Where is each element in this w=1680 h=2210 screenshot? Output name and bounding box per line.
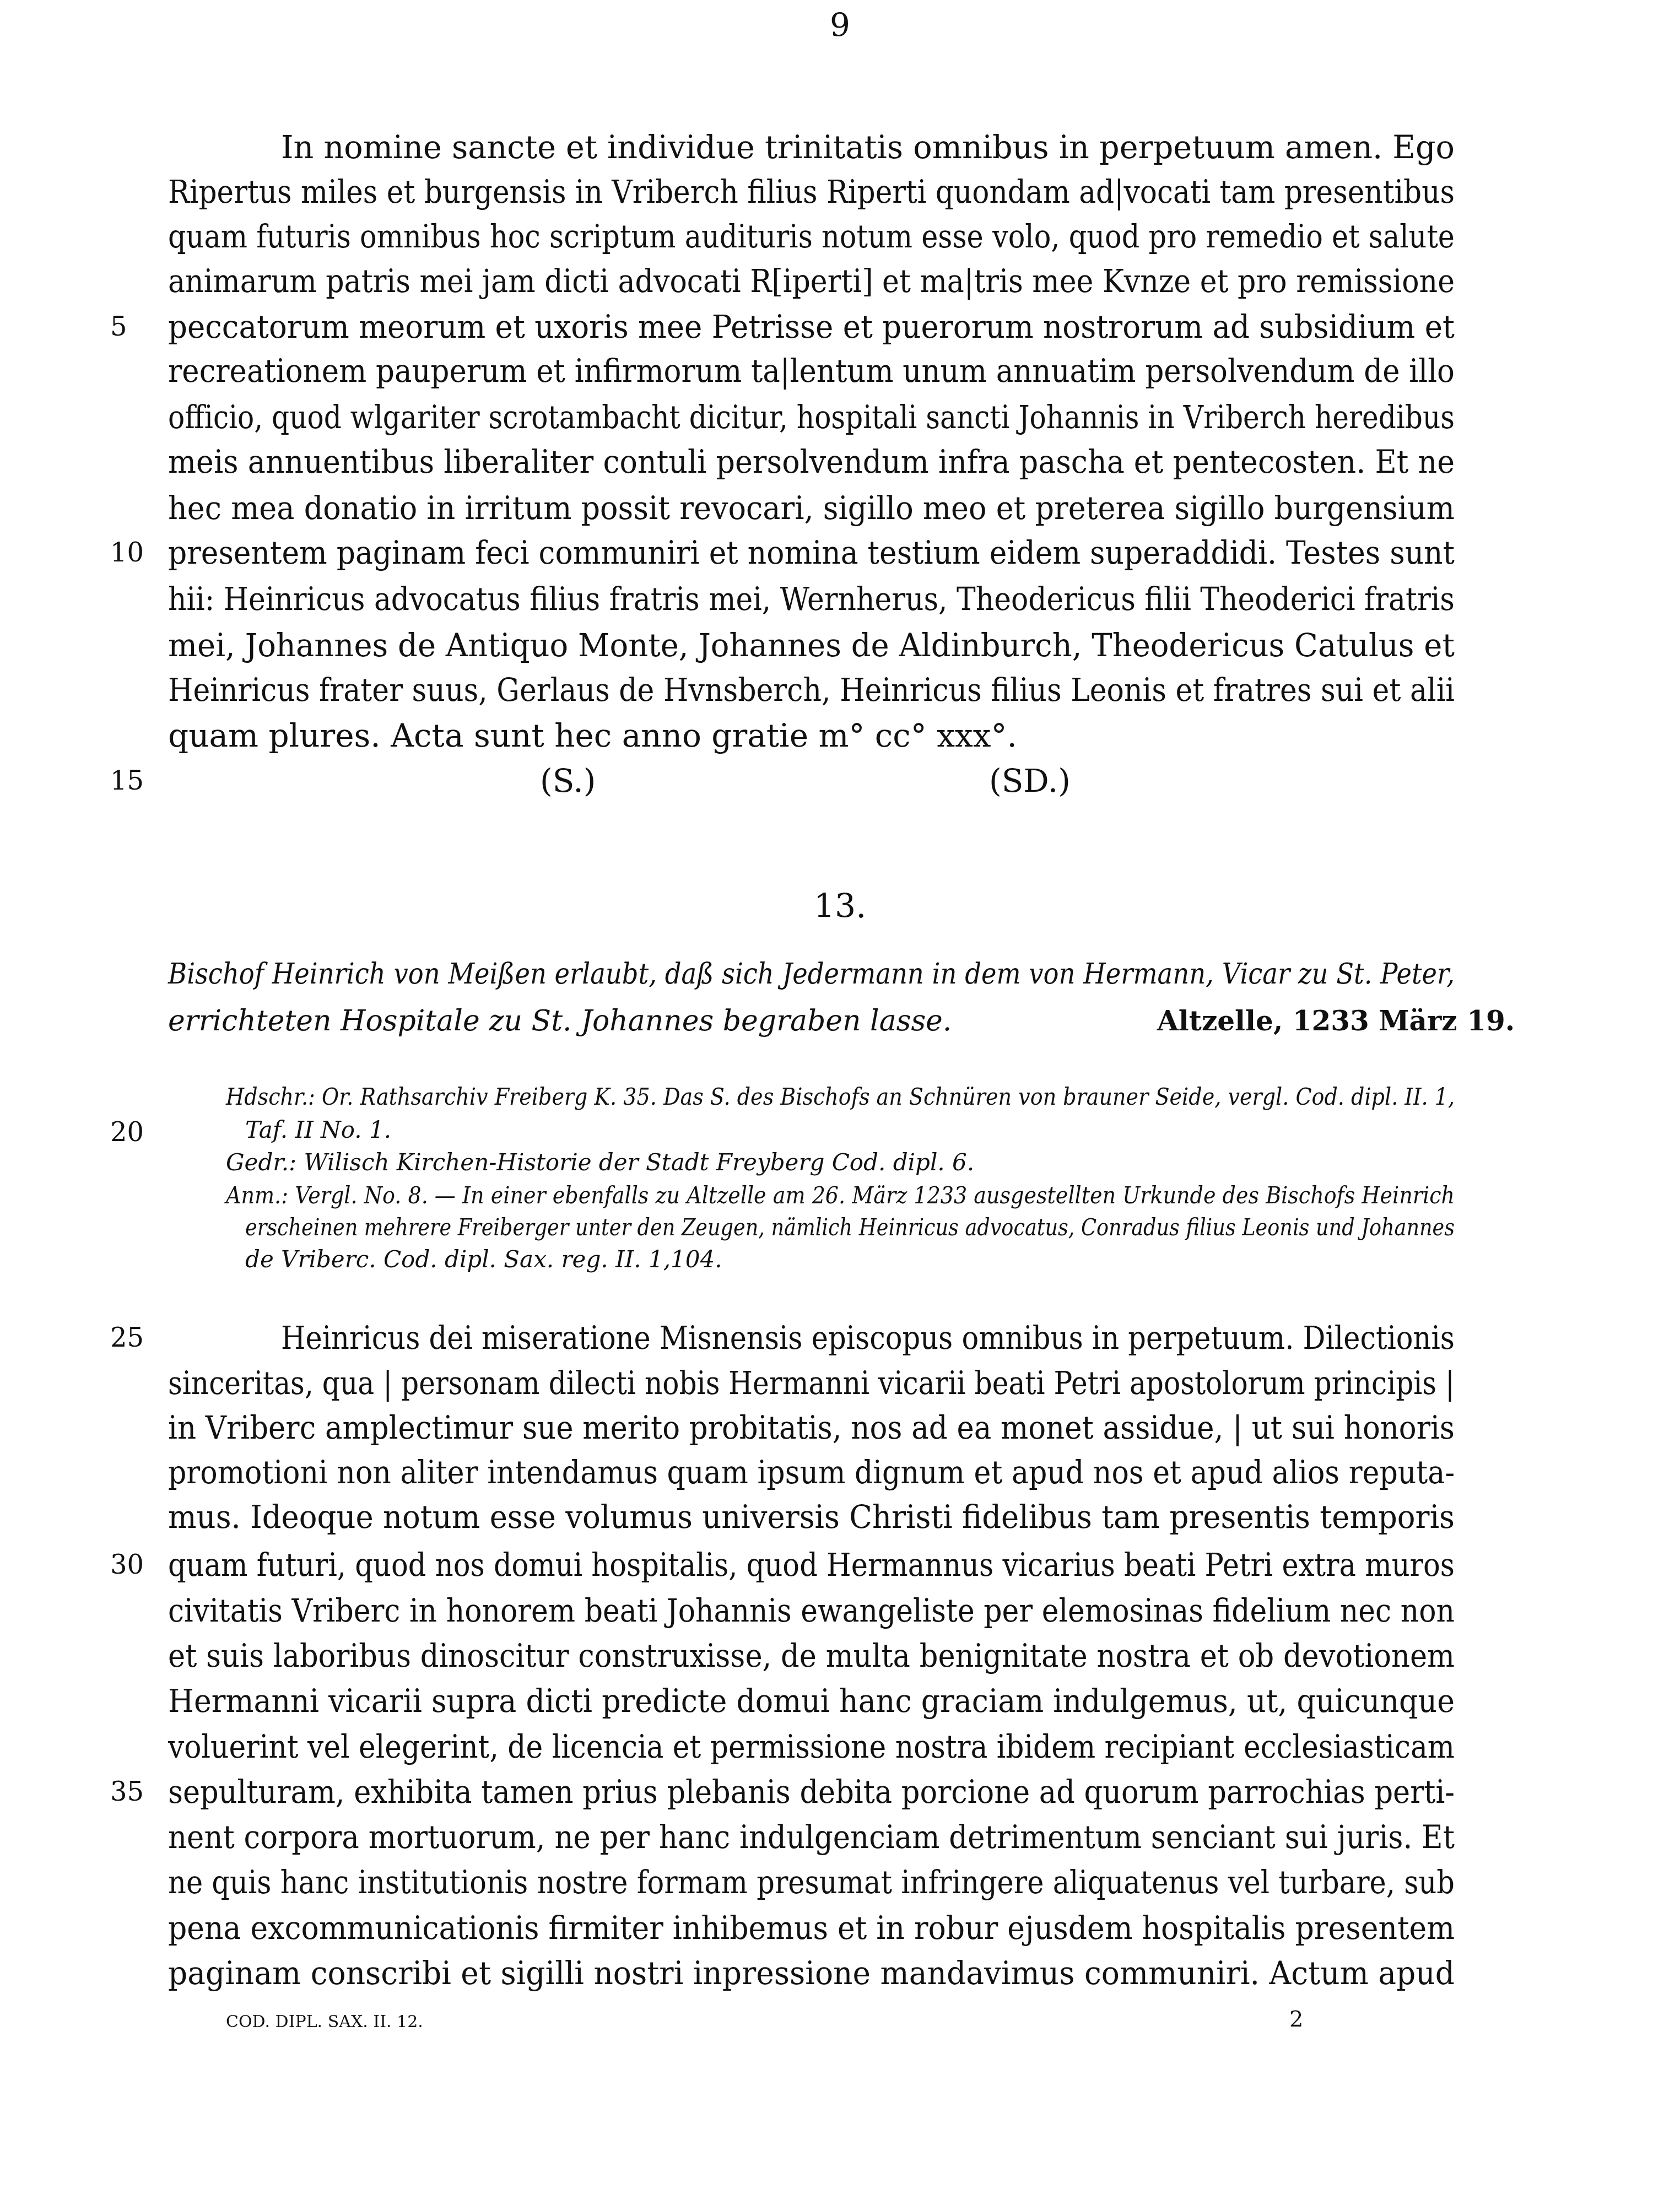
note-line: Anm.: Vergl. No. 8. — In einer ebenfalls… xyxy=(226,1180,1455,1211)
text-line: civitatis Vriberc in honorem beati Johan… xyxy=(168,1591,1455,1630)
line-number: 15 xyxy=(110,761,144,800)
text-line: voluerint vel elegerint, de licencia et … xyxy=(168,1727,1455,1766)
sheet-number: 2 xyxy=(1289,2000,1322,2039)
line-number: 5 xyxy=(110,307,127,346)
text-line: paginam conscribi et sigilli nostri inpr… xyxy=(168,1954,1455,1992)
text-line: nent corpora mortuorum, ne per hanc indu… xyxy=(168,1818,1455,1856)
text-line: Hermanni vicarii supra dicti predicte do… xyxy=(168,1682,1455,1720)
seal-mark: (S.) xyxy=(540,761,650,800)
place-date: Altzelle, 1233 März 19. xyxy=(1157,1002,1455,1040)
text-line: quam plures. Acta sunt hec anno gratie m… xyxy=(168,716,1455,755)
text-line: et suis laboribus dinoscitur construxiss… xyxy=(168,1636,1455,1675)
text-line: In nomine sancte et individue trinitatis… xyxy=(281,128,1455,166)
text-line: mei, Johannes de Antiquo Monte, Johannes… xyxy=(168,626,1455,664)
text-line: Heinricus dei miseratione Misnensis epis… xyxy=(281,1319,1455,1357)
note-line: Hdschr.: Or. Rathsarchiv Freiberg K. 35.… xyxy=(226,1082,1455,1112)
text-line: Ripertus miles et burgensis in Vriberch … xyxy=(168,172,1455,211)
text-line: promotioni non aliter intendamus quam ip… xyxy=(168,1453,1455,1492)
text-line: recreationem pauperum et infirmorum ta|l… xyxy=(168,352,1455,390)
signature-mark: COD. DIPL. SAX. II. 12. xyxy=(226,2003,557,2041)
regest-line: Bischof Heinrich von Meißen erlaubt, daß… xyxy=(168,955,1455,993)
document-number: 13. xyxy=(0,884,1680,928)
text-line: quam futuris omnibus hoc scriptum auditu… xyxy=(168,217,1455,256)
note-line: erscheinen mehrere Freiberger unter den … xyxy=(245,1212,1455,1243)
text-line: sepulturam, exhibita tamen prius plebani… xyxy=(168,1773,1455,1811)
text-line: pena excommunicationis firmiter inhibemu… xyxy=(168,1909,1455,1947)
text-line: ne quis hanc institutionis nostre formam… xyxy=(168,1863,1455,1901)
note-line: de Vriberc. Cod. dipl. Sax. reg. II. 1,1… xyxy=(245,1244,1455,1275)
line-number: 30 xyxy=(110,1546,144,1584)
text-line: Heinricus frater suus, Gerlaus de Hvnsbe… xyxy=(168,671,1455,709)
line-number: 20 xyxy=(110,1113,144,1152)
text-line: sinceritas, qua | personam dilecti nobis… xyxy=(168,1364,1455,1402)
line-number: 10 xyxy=(110,533,144,572)
text-line: peccatorum meorum et uxoris mee Petrisse… xyxy=(168,307,1455,346)
text-line: mus. Ideoque notum esse volumus universi… xyxy=(168,1498,1455,1536)
note-line: Taf. II No. 1. xyxy=(245,1115,1455,1145)
text-line: hii: Heinricus advocatus filius fratris … xyxy=(168,580,1455,618)
text-line: hec mea donatio in irritum possit revoca… xyxy=(168,489,1455,527)
text-line: animarum patris mei jam dicti advocati R… xyxy=(168,262,1455,300)
line-number: 35 xyxy=(110,1773,144,1811)
text-line: meis annuentibus liberaliter contuli per… xyxy=(168,442,1455,481)
line-number: 25 xyxy=(110,1319,144,1357)
text-line: presentem paginam feci communiri et nomi… xyxy=(168,533,1455,572)
text-line: quam futuri, quod nos domui hospitalis, … xyxy=(168,1546,1455,1584)
page-number: 9 xyxy=(0,6,1680,44)
text-line: officio, quod wlgariter scrotambacht dic… xyxy=(168,398,1455,436)
text-line: in Vriberc amplectimur sue merito probit… xyxy=(168,1408,1455,1447)
seal-mark: (SD.) xyxy=(989,761,1127,800)
note-line: Gedr.: Wilisch Kirchen-Historie der Stad… xyxy=(226,1147,1455,1178)
